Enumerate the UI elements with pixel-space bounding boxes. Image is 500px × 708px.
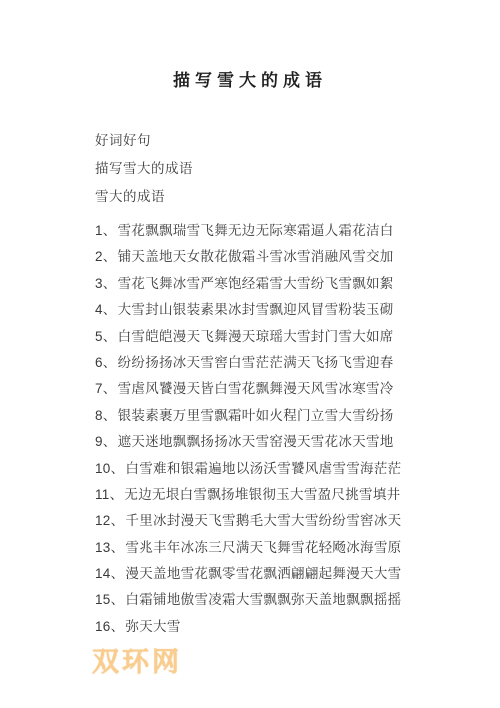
list-item-number: 13、 <box>95 539 124 557</box>
list-item: 13、 雪兆丰年冰冻三尺满天飞舞雪花轻飏冰海雪原 <box>95 539 460 565</box>
list-item: 2、 铺天盖地天女散花傲霜斗雪冰雪消融风雪交加 <box>95 248 460 274</box>
subtitle-good-words: 好词好句 <box>95 130 460 158</box>
list-item-text: 大雪封山银装素果冰封雪飘迎风冒雪粉装玉砌 <box>118 301 394 319</box>
list-item-text: 铺天盖地天女散花傲霜斗雪冰雪消融风雪交加 <box>118 248 394 266</box>
list-item: 5、 白雪皑皑漫天飞舞漫天琼瑶大雪封门雪大如席 <box>95 328 460 354</box>
list-item: 12、 千里冰封漫天飞雪鹅毛大雪大雪纷纷雪窖冰天 <box>95 512 460 538</box>
list-item: 6、 纷纷扬扬冰天雪窖白雪茫茫满天飞扬飞雪迎春 <box>95 354 460 380</box>
list-item: 11、 无边无垠白雪飘扬堆银彻玉大雪盈尺挑雪填井 <box>95 486 460 512</box>
list-item: 8、 银装素裹万里雪飘霜叶如火程门立雪大雪纷扬 <box>95 407 460 433</box>
list-item-number: 16、 <box>95 618 124 636</box>
list-item-number: 10、 <box>95 460 124 478</box>
page-title: 描写雪大的成语 <box>0 66 500 91</box>
list-item-text: 白雪难和银霜遍地以汤沃雪饕风虐雪雪海茫茫 <box>125 460 401 478</box>
list-item: 1、 雪花飘飘瑞雪飞舞无边无际寒霜逼人霜花洁白 <box>95 222 460 248</box>
list-item-number: 8、 <box>95 407 117 425</box>
list-item-number: 7、 <box>95 380 117 398</box>
list-item-number: 4、 <box>95 301 117 319</box>
subtitle-describe-snow: 描写雪大的成语 <box>95 158 460 186</box>
list-item-number: 2、 <box>95 248 117 266</box>
list-item-number: 12、 <box>95 512 124 530</box>
list-item-number: 14、 <box>95 565 124 583</box>
list-item: 3、 雪花飞舞冰雪严寒饱经霜雪大雪纷飞雪飘如絮 <box>95 275 460 301</box>
list-item-number: 15、 <box>95 591 124 609</box>
list-item-text: 雪花飞舞冰雪严寒饱经霜雪大雪纷飞雪飘如絮 <box>118 275 394 293</box>
list-item-text: 雪花飘飘瑞雪飞舞无边无际寒霜逼人霜花洁白 <box>118 222 394 240</box>
document-body: 好词好句 描写雪大的成语 雪大的成语 1、 雪花飘飘瑞雪飞舞无边无际寒霜逼人霜花… <box>95 130 460 644</box>
list-item-text: 白霜铺地傲雪凌霜大雪飘飘弥天盖地飘飘摇摇 <box>125 591 401 609</box>
list-item-text: 雪虐风饕漫天皆白雪花飘舞漫天风雪冰寒雪冷 <box>118 380 394 398</box>
subtitle-snow-idioms: 雪大的成语 <box>95 186 460 214</box>
list-item-number: 9、 <box>95 433 117 451</box>
list-item-number: 1、 <box>95 222 117 240</box>
list-item-text: 无边无垠白雪飘扬堆银彻玉大雪盈尺挑雪填井 <box>124 486 400 504</box>
list-item-number: 3、 <box>95 275 117 293</box>
list-item-number: 5、 <box>95 328 117 346</box>
list-item: 9、 遮天迷地飘飘扬扬冰天雪窑漫天雪花冰天雪地 <box>95 433 460 459</box>
list-item-text: 白雪皑皑漫天飞舞漫天琼瑶大雪封门雪大如席 <box>118 328 394 346</box>
list-item-text: 遮天迷地飘飘扬扬冰天雪窑漫天雪花冰天雪地 <box>118 433 394 451</box>
document-page: 描写雪大的成语 好词好句 描写雪大的成语 雪大的成语 1、 雪花飘飘瑞雪飞舞无边… <box>0 0 500 708</box>
site-watermark: 双环网 <box>92 640 182 679</box>
list-item-text: 弥天大雪 <box>125 618 180 636</box>
list-item-number: 11、 <box>95 486 123 504</box>
list-item-text: 银装素裹万里雪飘霜叶如火程门立雪大雪纷扬 <box>118 407 394 425</box>
list-item: 4、 大雪封山银装素果冰封雪飘迎风冒雪粉装玉砌 <box>95 301 460 327</box>
list-item: 7、 雪虐风饕漫天皆白雪花飘舞漫天风雪冰寒雪冷 <box>95 380 460 406</box>
list-item: 15、 白霜铺地傲雪凌霜大雪飘飘弥天盖地飘飘摇摇 <box>95 591 460 617</box>
list-item: 14、 漫天盖地雪花飘零雪花飘洒翩翩起舞漫天大雪 <box>95 565 460 591</box>
list-item-text: 雪兆丰年冰冻三尺满天飞舞雪花轻飏冰海雪原 <box>125 539 401 557</box>
list-item-text: 漫天盖地雪花飘零雪花飘洒翩翩起舞漫天大雪 <box>125 565 401 583</box>
list-item-text: 千里冰封漫天飞雪鹅毛大雪大雪纷纷雪窖冰天 <box>125 512 401 530</box>
list-item-number: 6、 <box>95 354 117 372</box>
list-item: 10、 白雪难和银霜遍地以汤沃雪饕风虐雪雪海茫茫 <box>95 460 460 486</box>
idiom-list: 1、 雪花飘飘瑞雪飞舞无边无际寒霜逼人霜花洁白 2、 铺天盖地天女散花傲霜斗雪冰… <box>95 222 460 644</box>
list-item-text: 纷纷扬扬冰天雪窖白雪茫茫满天飞扬飞雪迎春 <box>118 354 394 372</box>
